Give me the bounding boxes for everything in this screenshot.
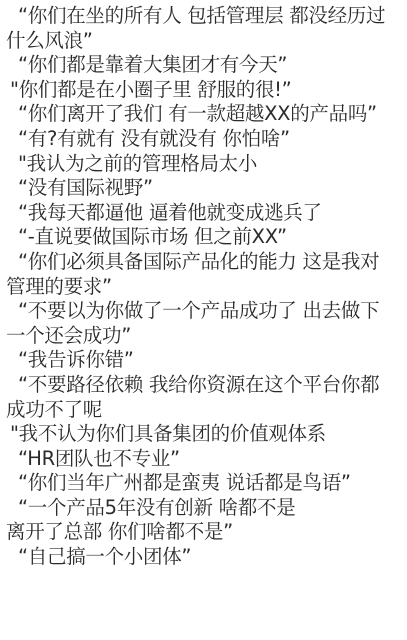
text-line-18: "我不认为你们具备集团的价值观体系 xyxy=(0,422,407,447)
text-line-5: “你们离开了我们 有一款超越XX的产品吗” xyxy=(0,102,407,127)
text-line-13: “不要以为你做了一个产品成功了 出去做下 xyxy=(0,299,407,324)
text-line-16: “不要路径依赖 我给你资源在这个平台你都 xyxy=(0,373,407,398)
text-line-21: “一个产品5年没有创新 啥都不是 xyxy=(0,496,407,521)
text-line-17: 成功不了呢 xyxy=(0,398,407,423)
text-line-14: 一个还会成功” xyxy=(0,324,407,349)
text-line-10: “-直说要做国际市场 但之前XX” xyxy=(0,225,407,250)
text-line-2: 什么风浪” xyxy=(0,29,407,54)
text-line-7: "我认为之前的管理格局太小 xyxy=(0,152,407,177)
text-line-12: 管理的要求” xyxy=(0,275,407,300)
text-line-20: “你们当年广州都是蛮夷 说话都是鸟语” xyxy=(0,471,407,496)
text-line-23: “自己搞一个小团体” xyxy=(0,545,407,570)
text-line-3: “你们都是靠着大集团才有今天” xyxy=(0,53,407,78)
text-line-8: “没有国际视野” xyxy=(0,176,407,201)
text-line-4: "你们都是在小圈子里 舒服的很!” xyxy=(0,78,407,103)
text-line-1: “你们在坐的所有人 包括管理层 都没经历过 xyxy=(0,4,407,29)
text-line-19: “HR团队也不专业” xyxy=(0,447,407,472)
text-line-11: “你们必须具备国际产品化的能力 这是我对 xyxy=(0,250,407,275)
text-line-6: “有?有就有 没有就没有 你怕啥” xyxy=(0,127,407,152)
text-line-9: “我每天都逼他 逼着他就变成逃兵了 xyxy=(0,201,407,226)
quote-text-block: “你们在坐的所有人 包括管理层 都没经历过 什么风浪” “你们都是靠着大集团才有… xyxy=(0,4,407,570)
text-line-22: 离开了总部 你们啥都不是” xyxy=(0,520,407,545)
text-line-15: “我告诉你错” xyxy=(0,348,407,373)
